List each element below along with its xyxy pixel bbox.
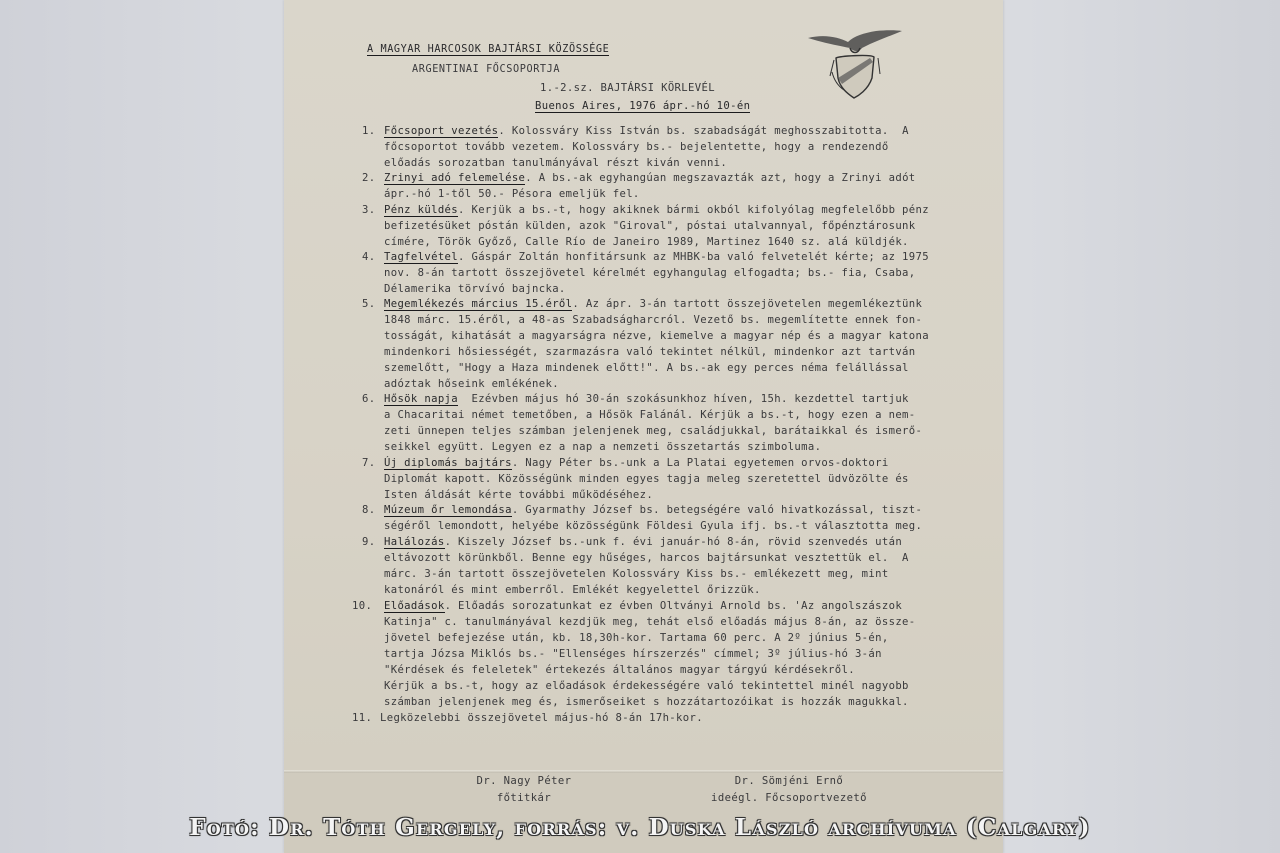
- place-date-text: Buenos Aires, 1976 ápr.-hó 10-én: [535, 100, 750, 113]
- item-text: . Előadás sorozatunkat ez évben Oltványi…: [445, 600, 903, 612]
- item-line: szemelőtt, "Hogy a Haza mindenek előtt!"…: [362, 360, 932, 376]
- item-number: 1.: [362, 123, 375, 139]
- list-item-11: 11. Legközelebbi összejövetel május-hó 8…: [352, 710, 922, 726]
- item-title: Új diplomás bajtárs: [384, 457, 512, 470]
- item-line: eltávozott körünkből. Benne egy hűséges,…: [362, 550, 932, 566]
- list-item-5: 5. Megemlékezés március 15.éről. Az ápr.…: [362, 296, 932, 392]
- item-title: Főcsoport vezetés: [384, 125, 498, 138]
- place-date: Buenos Aires, 1976 ápr.-hó 10-én: [535, 98, 750, 114]
- item-title: Pénz küldés: [384, 204, 458, 217]
- item-line: katonáról és mint emberről. Emlékét kegy…: [362, 582, 932, 598]
- item-line: Halálozás. Kiszely József bs.-unk f. évi…: [362, 534, 932, 550]
- item-number: 2.: [362, 170, 375, 186]
- item-title: Előadások: [384, 600, 445, 613]
- item-line: Katinja" c. tanulmányával kezdjük meg, t…: [352, 614, 922, 630]
- item-number: 9.: [362, 534, 375, 550]
- item-title: Halálozás: [384, 536, 445, 549]
- item-line: tartja Józsa Miklós bs.- "Ellenséges hír…: [352, 646, 922, 662]
- item-line: "Kérdések és feleletek" értekezés általá…: [352, 662, 922, 678]
- letter-title: 1.-2.sz. BAJTÁRSI KÖRLEVÉL: [540, 80, 715, 96]
- org-name-text: A MAGYAR HARCOSOK BAJTÁRSI KÖZÖSSÉGE: [367, 44, 609, 56]
- signer-role: főtitkár: [454, 790, 594, 807]
- item-line: Főcsoport vezetés. Kolossváry Kiss Istvá…: [362, 123, 932, 139]
- item-number: 7.: [362, 455, 375, 471]
- item-line: a Chacaritai német temetőben, a Hősök Fa…: [362, 407, 932, 423]
- item-number: 3.: [362, 202, 375, 218]
- item-line: mindenkori hősiességét, szarmazásra való…: [362, 344, 932, 360]
- item-line: Délamerika törvívó bajncka.: [362, 281, 932, 297]
- item-line: címére, Török Győző, Calle Río de Janeir…: [362, 234, 932, 250]
- item-line: Új diplomás bajtárs. Nagy Péter bs.-unk …: [362, 455, 932, 471]
- item-line: számban jelenjenek meg és, ismerőseiket …: [352, 694, 922, 710]
- eagle-shield-emblem-icon: [804, 28, 904, 100]
- item-number: 4.: [362, 249, 375, 265]
- item-line: Legközelebbi összejövetel május-hó 8-án …: [352, 710, 922, 726]
- signature-right: Dr. Sömjéni Ernő ideégl. Főcsoportvezető: [694, 773, 884, 807]
- list-item-8: 8. Múzeum őr lemondása. Gyarmathy József…: [362, 502, 932, 534]
- list-item-6: 6. Hősök napja Ezévben május hó 30-án sz…: [362, 391, 932, 455]
- item-line: nov. 8-án tartott összejövetel kérelmét …: [362, 265, 932, 281]
- item-line: főcsoportot tovább vezetem. Kolossváry b…: [362, 139, 932, 155]
- signature-left: Dr. Nagy Péter főtitkár: [454, 773, 594, 807]
- item-line: adóztak hőseink emlékének.: [362, 376, 932, 392]
- item-number: 8.: [362, 502, 375, 518]
- list-item-3: 3. Pénz küldés. Kerjük a bs.-t, hogy aki…: [362, 202, 932, 250]
- item-line: zeti ünnepen teljes számban jelenjenek m…: [362, 423, 932, 439]
- item-line: ápr.-hó 1-től 50.- Pésora emeljük fel.: [362, 186, 932, 202]
- list-item-10: 10. Előadások. Előadás sorozatunkat ez é…: [352, 598, 922, 710]
- item-line: seikkel együtt. Legyen ez a nap a nemzet…: [362, 439, 932, 455]
- list-item-7: 7. Új diplomás bajtárs. Nagy Péter bs.-u…: [362, 455, 932, 503]
- item-line: Előadások. Előadás sorozatunkat ez évben…: [352, 598, 922, 614]
- item-line: előadás sorozatban tanulmányával részt k…: [362, 155, 932, 171]
- item-line: tosságát, kihatását a magyarságra nézve,…: [362, 328, 932, 344]
- signer-name: Dr. Nagy Péter: [454, 773, 594, 790]
- item-text: . A bs.-ak egyhangúan megszavazták azt, …: [525, 172, 915, 184]
- item-line: Hősök napja Ezévben május hó 30-án szoká…: [362, 391, 932, 407]
- item-title: Zrinyi adó felemelése: [384, 172, 525, 185]
- item-text: . Kerjük a bs.-t, hogy akiknek bármi okb…: [458, 204, 929, 216]
- item-line: márc. 3-án tartott összejövetelen Koloss…: [362, 566, 932, 582]
- item-number: 5.: [362, 296, 375, 312]
- item-line: 1848 márc. 15.éről, a 48-as Szabadsághar…: [362, 312, 932, 328]
- item-number: 10.: [352, 598, 372, 614]
- list-item-2: 2. Zrinyi adó felemelése. A bs.-ak egyha…: [362, 170, 932, 202]
- item-line: Múzeum őr lemondása. Gyarmathy József bs…: [362, 502, 932, 518]
- item-line: Isten áldását kérte további működéséhez.: [362, 487, 932, 503]
- item-line: Megemlékezés március 15.éről. Az ápr. 3-…: [362, 296, 932, 312]
- item-line: Kérjük a bs.-t, hogy az előadások érdeke…: [352, 678, 922, 694]
- item-line: Zrinyi adó felemelése. A bs.-ak egyhangú…: [362, 170, 932, 186]
- item-line: Diplomát kapott. Közösségünk minden egye…: [362, 471, 932, 487]
- list-item-9: 9. Halálozás. Kiszely József bs.-unk f. …: [362, 534, 932, 598]
- item-text: . Nagy Péter bs.-unk a La Platai egyetem…: [512, 457, 889, 469]
- signer-role: ideégl. Főcsoportvezető: [694, 790, 884, 807]
- list-item-4: 4. Tagfelvétel. Gáspár Zoltán honfitársu…: [362, 249, 932, 297]
- paper-lower-section: [284, 773, 1003, 853]
- item-title: Tagfelvétel: [384, 251, 458, 264]
- item-title: Megemlékezés március 15.éről: [384, 298, 572, 311]
- item-title: Múzeum őr lemondása: [384, 504, 512, 517]
- item-line: jövetel befejezése után, kb. 18,30h-kor.…: [352, 630, 922, 646]
- item-text: . Az ápr. 3-án tartott összejövetelen me…: [572, 298, 922, 310]
- signer-name: Dr. Sömjéni Ernő: [694, 773, 884, 790]
- item-line: Tagfelvétel. Gáspár Zoltán honfitársunk …: [362, 249, 932, 265]
- item-line: ségéről lemondott, helyébe közösségünk F…: [362, 518, 932, 534]
- item-text: Ezévben május hó 30-án szokásunkhoz híve…: [458, 393, 909, 405]
- item-line: Pénz küldés. Kerjük a bs.-t, hogy akikne…: [362, 202, 932, 218]
- item-number: 6.: [362, 391, 375, 407]
- item-text: . Kiszely József bs.-unk f. évi január-h…: [445, 536, 903, 548]
- item-number: 11.: [352, 710, 372, 726]
- branch-name: ARGENTINAI FŐCSOPORTJA: [412, 62, 560, 78]
- item-text: . Kolossváry Kiss István bs. szabadságát…: [498, 125, 908, 137]
- photo-credit-caption: Fotó: Dr. Tóth Gergely, forrás: v. Duska…: [0, 814, 1280, 841]
- item-line: befizetésüket póstán külden, azok "Girov…: [362, 218, 932, 234]
- list-item-1: 1. Főcsoport vezetés. Kolossváry Kiss Is…: [362, 123, 932, 171]
- item-title: Hősök napja: [384, 393, 458, 406]
- item-text: . Gyarmathy József bs. betegségére való …: [512, 504, 922, 516]
- org-name: A MAGYAR HARCOSOK BAJTÁRSI KÖZÖSSÉGE: [367, 42, 609, 58]
- item-text: . Gáspár Zoltán honfitársunk az MHBK-ba …: [458, 251, 929, 263]
- document-paper: A MAGYAR HARCOSOK BAJTÁRSI KÖZÖSSÉGE ARG…: [284, 0, 1003, 853]
